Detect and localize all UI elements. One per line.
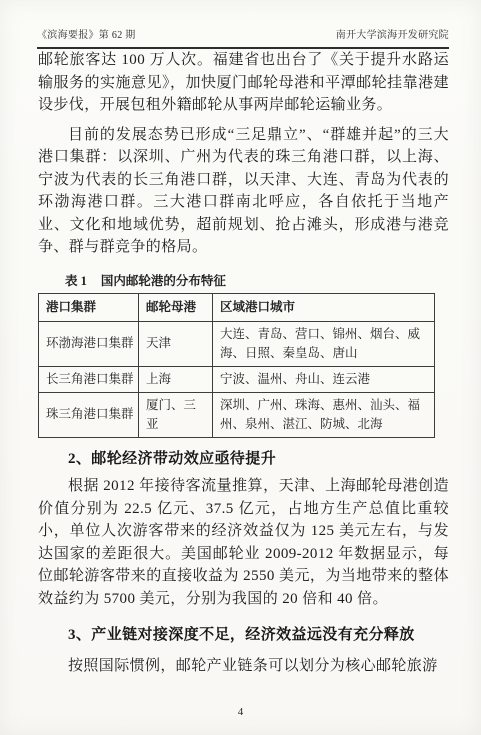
page-number: 4: [238, 706, 244, 718]
table-row: 长三角港口集群 上海 宁波、温州、舟山、连云港: [39, 366, 435, 392]
paragraph-port-clusters: 目前的发展态势已形成“三足鼎立”、“群雄并起”的三大港口集群：以深圳、广州为代表…: [38, 124, 449, 259]
heading-section-3: 3、产业链对接深度不足，经济效益远没有充分释放: [38, 624, 449, 647]
paragraph-industry-chain: 按照国际惯例，邮轮产业链条可以划分为核心邮轮旅游: [38, 655, 449, 678]
document-page: 《滨海要报》第 62 期 南开大学滨海开发研究院 邮轮旅客达 100 万人次。福…: [0, 0, 481, 735]
column-header-home-port: 邮轮母港: [139, 293, 213, 321]
cell-cluster-bohai: 环渤海港口集群: [39, 321, 139, 366]
cruise-port-distribution-table: 港口集群 邮轮母港 区域港口城市 环渤海港口集群 天津 大连、青岛、营口、锦州、…: [38, 293, 435, 438]
table-header-row: 港口集群 邮轮母港 区域港口城市: [39, 293, 435, 321]
cell-cities-pearl: 深圳、广州、珠海、惠州、汕头、福州、泉州、湛江、防城、北海: [213, 392, 435, 437]
column-header-port-cluster: 港口集群: [39, 293, 139, 321]
paragraph-economic-effect: 根据 2012 年接待客流量推算，天津、上海邮轮母港创造价值分别为 22.5 亿…: [38, 475, 449, 610]
table-caption: 表 1国内邮轮港的分布特征: [38, 271, 449, 289]
page-header: 《滨海要报》第 62 期 南开大学滨海开发研究院: [37, 26, 449, 49]
page-body: 邮轮旅客达 100 万人次。福建省也出台了《关于提升水路运输服务的实施意见》，加…: [38, 49, 449, 677]
table-caption-label: 表 1: [65, 274, 87, 288]
cell-homeport-yangtze: 上海: [139, 366, 213, 392]
cell-cities-bohai: 大连、青岛、营口、锦州、烟台、威海、日照、秦皇岛、唐山: [213, 321, 435, 366]
table-row: 珠三角港口集群 厦门、三亚 深圳、广州、珠海、惠州、汕头、福州、泉州、湛江、防城…: [39, 392, 435, 437]
paragraph-cruise-passengers: 邮轮旅客达 100 万人次。福建省也出台了《关于提升水路运输服务的实施意见》，加…: [38, 49, 449, 117]
table-row: 环渤海港口集群 天津 大连、青岛、营口、锦州、烟台、威海、日照、秦皇岛、唐山: [39, 321, 435, 366]
cell-cluster-yangtze: 长三角港口集群: [39, 366, 139, 392]
cell-cluster-pearl: 珠三角港口集群: [39, 392, 139, 437]
cell-homeport-pearl: 厦门、三亚: [139, 392, 213, 437]
column-header-regional-cities: 区域港口城市: [213, 293, 435, 321]
heading-section-2: 2、邮轮经济带动效应亟待提升: [38, 448, 449, 471]
header-institute-name: 南开大学滨海开发研究院: [336, 26, 449, 41]
page-footer: 4: [0, 706, 481, 718]
header-publication-title: 《滨海要报》第 62 期: [37, 26, 136, 41]
table-caption-title: 国内邮轮港的分布特征: [101, 274, 226, 288]
cell-homeport-bohai: 天津: [139, 321, 213, 366]
cell-cities-yangtze: 宁波、温州、舟山、连云港: [213, 366, 435, 392]
